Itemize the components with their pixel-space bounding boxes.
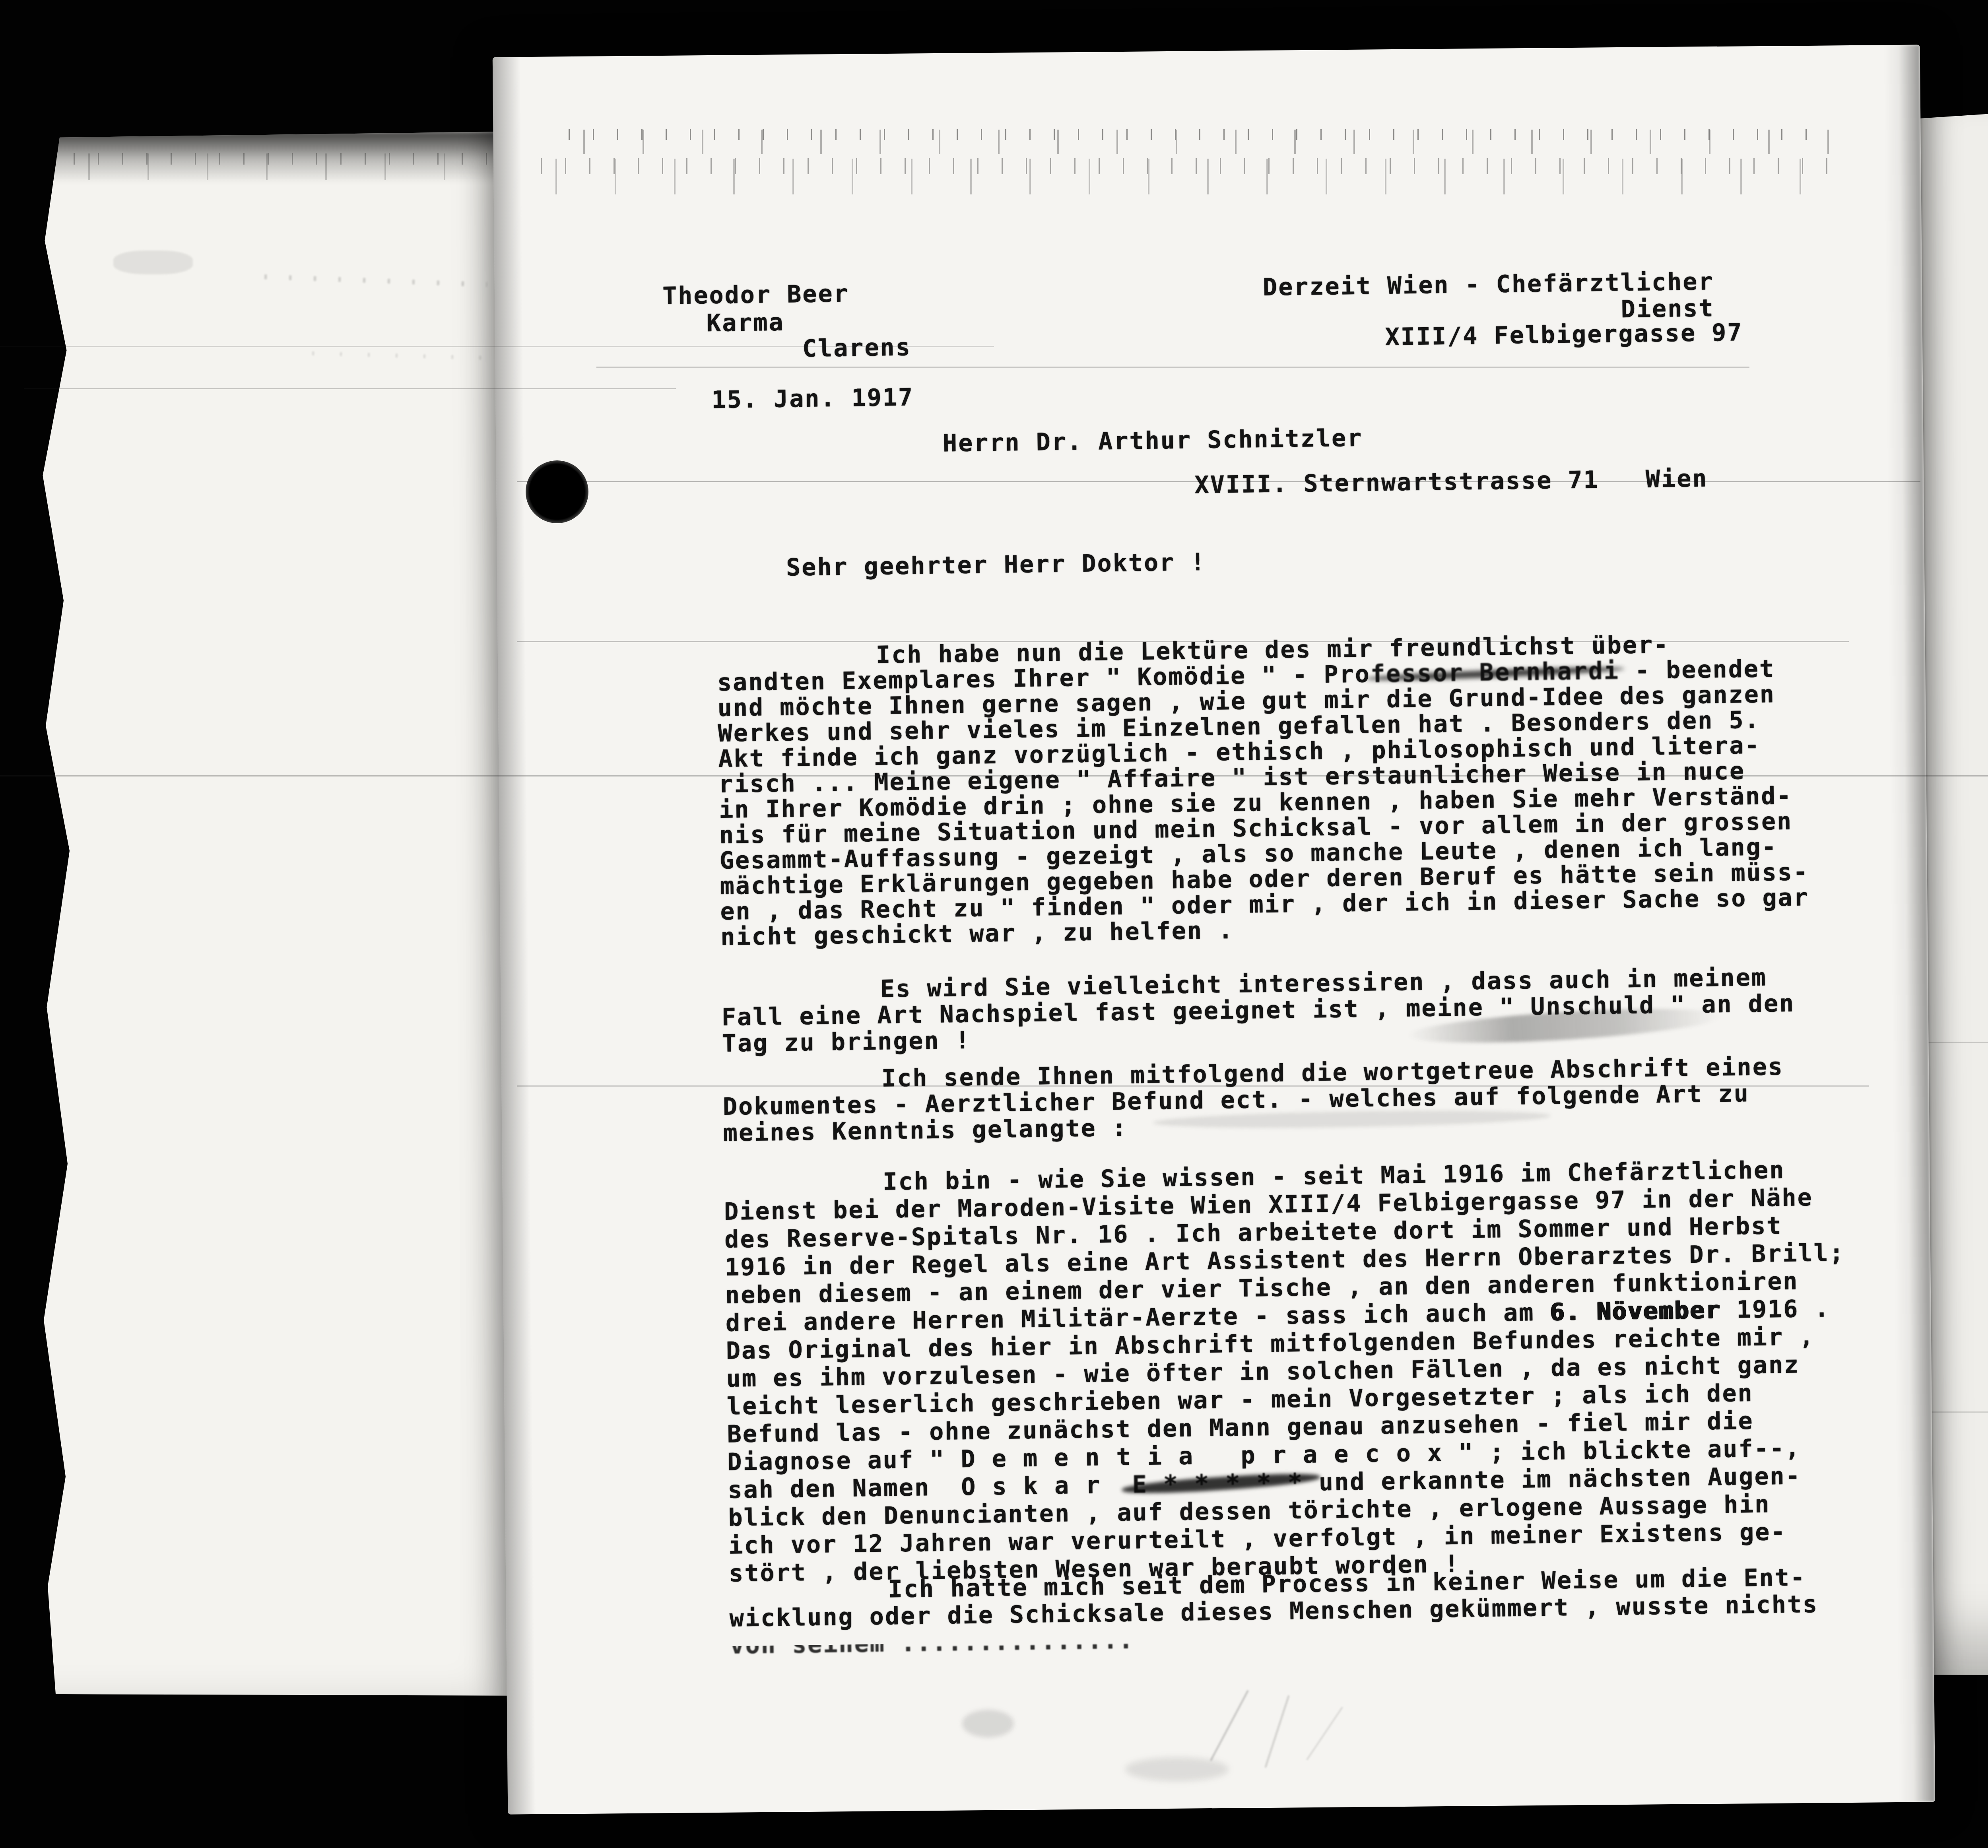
recipient-line1: Herrn Dr. Arthur Schnitzler — [943, 426, 1363, 456]
scanned-letter-page: 9:9828:9888:988A9:74899:9029:0228:988:98… — [0, 0, 1988, 1848]
typed-line: meines Kenntnis gelangte : — [723, 1116, 1128, 1145]
recipient-line2: XVIII. Sternwartstrasse 71 Wien — [1194, 466, 1708, 497]
current-address-line3: XIII/4 Felbigergasse 97 — [1385, 320, 1743, 349]
sender-name: Theodor Beer — [662, 282, 849, 308]
letter-typed-content: Theodor Beer Karma Clarens Derzeit Wien … — [490, 35, 1941, 1811]
typed-text: 6. Növember — [1550, 1296, 1721, 1326]
scan-tick-band — [74, 153, 503, 181]
sender-city: Clarens — [802, 336, 912, 361]
scribbled-out-text: E * * * * * — [1132, 1471, 1303, 1497]
typed-text: Tag zu bringen ! — [722, 1027, 971, 1058]
current-address-line2: Dienst — [1621, 296, 1714, 321]
typed-line: von seinem ............... — [730, 1629, 1134, 1658]
letter-date: 15. Jan. 1917 — [711, 385, 914, 412]
letter-body: Ich habe nun die Lektüre des mir freundl… — [490, 35, 1918, 54]
typed-line: nicht geschickt war , zu helfen . — [720, 918, 1234, 949]
left-blank-sheet — [42, 131, 539, 1696]
sender-house: Karma — [707, 311, 784, 336]
typed-text: sah den Namen O s k a r — [728, 1471, 1132, 1504]
typed-line: Tag zu bringen ! — [722, 1029, 971, 1056]
salutation: Sehr geehrter Herr Doktor ! — [786, 550, 1206, 580]
pencil-dots — [264, 274, 487, 287]
pencil-smudge — [113, 250, 193, 274]
typed-line: Dokumentes - Aerztlicher Befund ect. - w… — [723, 1081, 1750, 1119]
scribbled-out-text: fessor Bernhardi — [1371, 659, 1620, 686]
typed-text: 1916 . — [1721, 1295, 1830, 1324]
typed-text: meines Kenntnis gelangte : — [723, 1114, 1128, 1147]
pencil-dots — [312, 351, 503, 361]
